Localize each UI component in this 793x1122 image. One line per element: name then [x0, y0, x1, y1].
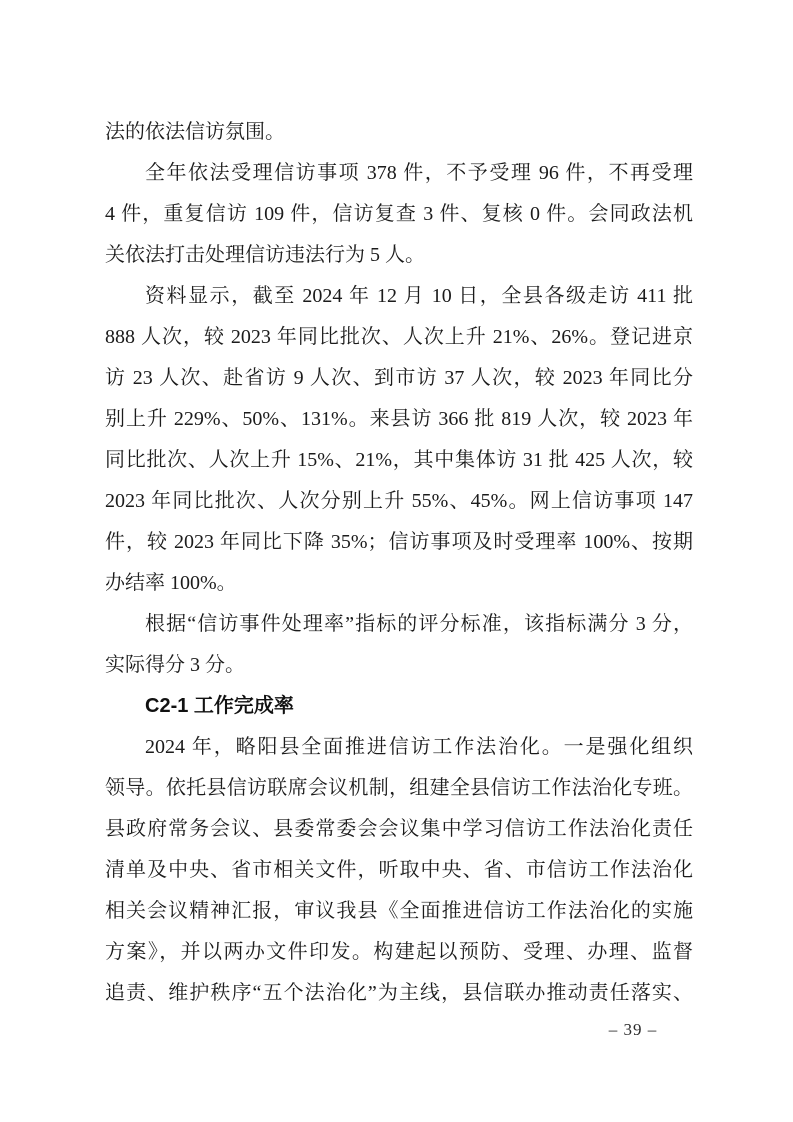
text-line: 根据“信访事件处理率”指标的评分标准，该指标满分 3 分，: [105, 604, 693, 645]
text-line: 2024 年，略阳县全面推进信访工作法治化。一是强化组织: [105, 727, 693, 768]
text-line: 关依法打击处理信访违法行为 5 人。: [105, 235, 693, 276]
paragraph: 全年依法受理信访事项 378 件，不予受理 96 件，不再受理 4 件，重复信访…: [105, 153, 693, 276]
text-line: 888 人次，较 2023 年同比批次、人次上升 21%、26%。登记进京: [105, 317, 693, 358]
text-line: 县政府常务会议、县委常委会会议集中学习信访工作法治化责任: [105, 809, 693, 850]
text-line: 资料显示，截至 2024 年 12 月 10 日，全县各级走访 411 批: [105, 276, 693, 317]
text-line: 全年依法受理信访事项 378 件，不予受理 96 件，不再受理: [105, 153, 693, 194]
paragraph: 资料显示，截至 2024 年 12 月 10 日，全县各级走访 411 批 88…: [105, 276, 693, 604]
paragraph: 根据“信访事件处理率”指标的评分标准，该指标满分 3 分， 实际得分 3 分。: [105, 604, 693, 686]
text-line: 4 件，重复信访 109 件，信访复查 3 件、复核 0 件。会同政法机: [105, 194, 693, 235]
text-line: 领导。依托县信访联席会议机制，组建全县信访工作法治化专班。: [105, 768, 693, 809]
text-line: 法的依法信访氛围。: [105, 112, 693, 153]
text-line: 访 23 人次、赴省访 9 人次、到市访 37 人次，较 2023 年同比分: [105, 358, 693, 399]
section-heading: C2-1 工作完成率: [105, 686, 693, 727]
document-page: 法的依法信访氛围。 全年依法受理信访事项 378 件，不予受理 96 件，不再受…: [0, 0, 793, 1122]
paragraph: 2024 年，略阳县全面推进信访工作法治化。一是强化组织 领导。依托县信访联席会…: [105, 727, 693, 1014]
page-body: 法的依法信访氛围。 全年依法受理信访事项 378 件，不予受理 96 件，不再受…: [105, 112, 693, 1014]
page-number: – 39 –: [573, 1020, 693, 1040]
text-line: 实际得分 3 分。: [105, 645, 693, 686]
text-line: 相关会议精神汇报，审议我县《全面推进信访工作法治化的实施: [105, 891, 693, 932]
text-line: 方案》，并以两办文件印发。构建起以预防、受理、办理、监督: [105, 932, 693, 973]
text-line: 追责、维护秩序“五个法治化”为主线，县信联办推动责任落实、: [105, 973, 693, 1014]
text-line: 件，较 2023 年同比下降 35%；信访事项及时受理率 100%、按期: [105, 522, 693, 563]
text-line: 清单及中央、省市相关文件，听取中央、省、市信访工作法治化: [105, 850, 693, 891]
text-line: 办结率 100%。: [105, 563, 693, 604]
text-line: 2023 年同比批次、人次分别上升 55%、45%。网上信访事项 147: [105, 481, 693, 522]
text-line: 别上升 229%、50%、131%。来县访 366 批 819 人次，较 202…: [105, 399, 693, 440]
paragraph: 法的依法信访氛围。: [105, 112, 693, 153]
text-line: 同比批次、人次上升 15%、21%，其中集体访 31 批 425 人次，较: [105, 440, 693, 481]
